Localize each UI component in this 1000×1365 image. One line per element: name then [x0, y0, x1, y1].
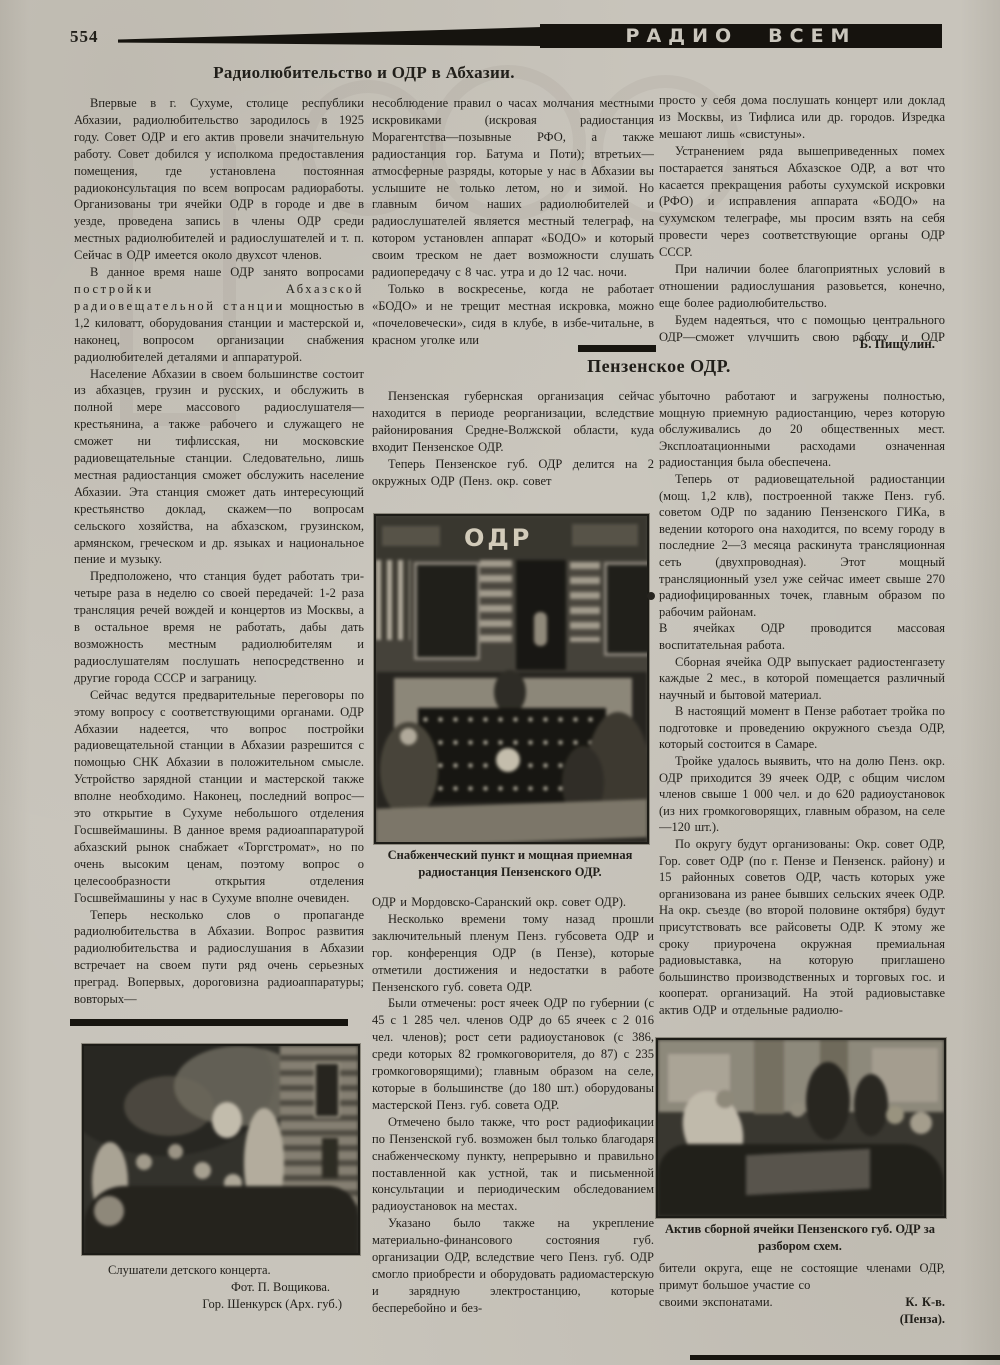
caption-line: Слушатели детского концерта.: [84, 1262, 358, 1279]
author-signature-penza: К. К-в.: [905, 1294, 945, 1311]
photo-caption-right: Актив сборной ячейки Пензенского губ. ОД…: [650, 1221, 950, 1255]
page-edge-rule: [690, 1355, 1000, 1360]
paragraph: В ячейках ОДР проводится массовая воспит…: [659, 620, 945, 653]
section-divider: [70, 1019, 348, 1026]
ink-dot-artifact: [647, 592, 655, 600]
paragraph: В настоящий момент в Пензе работает трой…: [659, 703, 945, 753]
article-title-penza: Пензенское ОДР.: [373, 356, 945, 377]
paragraph: бители округа, еще не состоящие членами …: [659, 1260, 945, 1294]
paragraph: Тройке удалось выявить, что на долю Пенз…: [659, 753, 945, 836]
paragraph: Сборная ячейка ОДР выпускает радиостенга…: [659, 654, 945, 704]
magazine-banner: РАДИО ВСЕМ: [540, 24, 942, 48]
paragraph: По округу будут организованы: Окр. совет…: [659, 836, 945, 1019]
paragraph: Сейчас ведутся предварительные переговор…: [74, 687, 364, 907]
section-divider: [578, 345, 656, 352]
paragraph: Население Абхазии в своем большинстве со…: [74, 366, 364, 569]
paragraph: Устранением ряда вышеприведенных помех п…: [659, 143, 945, 261]
paragraph: Теперь от радиовещательной радиостанции …: [659, 471, 945, 620]
photo-credit: Фот. П. Вощикова.: [84, 1279, 358, 1296]
banner-word-radio: РАДИО: [626, 25, 739, 47]
banner-word-vsem: ВСЕМ: [768, 25, 856, 47]
photo-caption-middle: Снабженческий пункт и мощная приемная ра…: [364, 847, 656, 881]
author-signature-abkhazia: Б. Пищулин.: [659, 336, 935, 352]
paragraph: Пензенская губернская организация сейчас…: [372, 388, 654, 456]
paragraph: Впервые в г. Сухуме, столице республики …: [74, 95, 364, 264]
paragraph: В данное время наше ОДР занято вопросами…: [74, 264, 364, 365]
penza-right-column-top: убыточно работают и загружены полностью,…: [659, 388, 945, 1032]
paragraph: несоблюдение правил о часах молчания мес…: [372, 95, 654, 281]
paragraph: своими экспонатами.К. К-в.: [659, 1294, 945, 1311]
paragraph: ОДР и Мордовско-Саранский окр. совет ОДР…: [372, 894, 654, 911]
paragraph: Указано было также на укрепление материа…: [372, 1215, 654, 1316]
paragraph: Только в воскресенье, когда не работает …: [372, 281, 654, 349]
author-location-penza: (Пенза).: [659, 1311, 945, 1328]
photo-penza-activists: [658, 1040, 944, 1216]
photo-children-concert: [84, 1046, 358, 1253]
penza-left-column-top: Пензенская губернская организация сейчас…: [372, 388, 654, 514]
page-number: 554: [70, 27, 99, 47]
paragraph: просто у себя дома послушать концерт или…: [659, 92, 945, 143]
paragraph: Теперь несколько слов о пропаганде радио…: [74, 907, 364, 1008]
penza-left-column-bottom: ОДР и Мордовско-Саранский окр. совет ОДР…: [372, 894, 654, 1330]
abkhazia-column-3: просто у себя дома послушать концерт или…: [659, 92, 945, 342]
abkhazia-column-1: Впервые в г. Сухуме, столице республики …: [74, 95, 364, 1015]
banner-wedge-icon: [118, 27, 542, 46]
paragraph: Были отмечены: рост ячеек ОДР по губерни…: [372, 995, 654, 1113]
paragraph: Отмечено было также, что рост радиофикац…: [372, 1114, 654, 1215]
magazine-page: 554 РАДИО ВСЕМ Радиолюбительство и ОДР в…: [0, 0, 1000, 1365]
paragraph: Несколько времени тому назад прошли закл…: [372, 911, 654, 996]
photo-caption-left: Слушатели детского концерта. Фот. П. Вощ…: [84, 1262, 358, 1313]
paragraph: Предположено, что станция будет работать…: [74, 568, 364, 686]
paragraph: При наличии более благоприятных условий …: [659, 261, 945, 312]
paragraph-segment: своими экспонатами.: [659, 1294, 773, 1311]
abkhazia-column-2: несоблюдение правил о часах молчания мес…: [372, 95, 654, 353]
penza-right-column-bottom: бители округа, еще не состоящие членами …: [659, 1260, 945, 1332]
paragraph-segment: В данное время наше ОДР занято вопросами: [90, 265, 364, 279]
paragraph: Теперь Пензенское губ. ОДР делится на 2 …: [372, 456, 654, 490]
photo-location: Гор. Шенкурск (Арх. губ.): [84, 1296, 358, 1313]
article-title-abkhazia: Радиолюбительство и ОДР в Абхазии.: [75, 63, 653, 83]
odr-sign-text: ОДР: [464, 524, 532, 552]
photo-supply-point-radiostation: ОДР: [376, 516, 647, 842]
paragraph: убыточно работают и загружены полностью,…: [659, 388, 945, 471]
